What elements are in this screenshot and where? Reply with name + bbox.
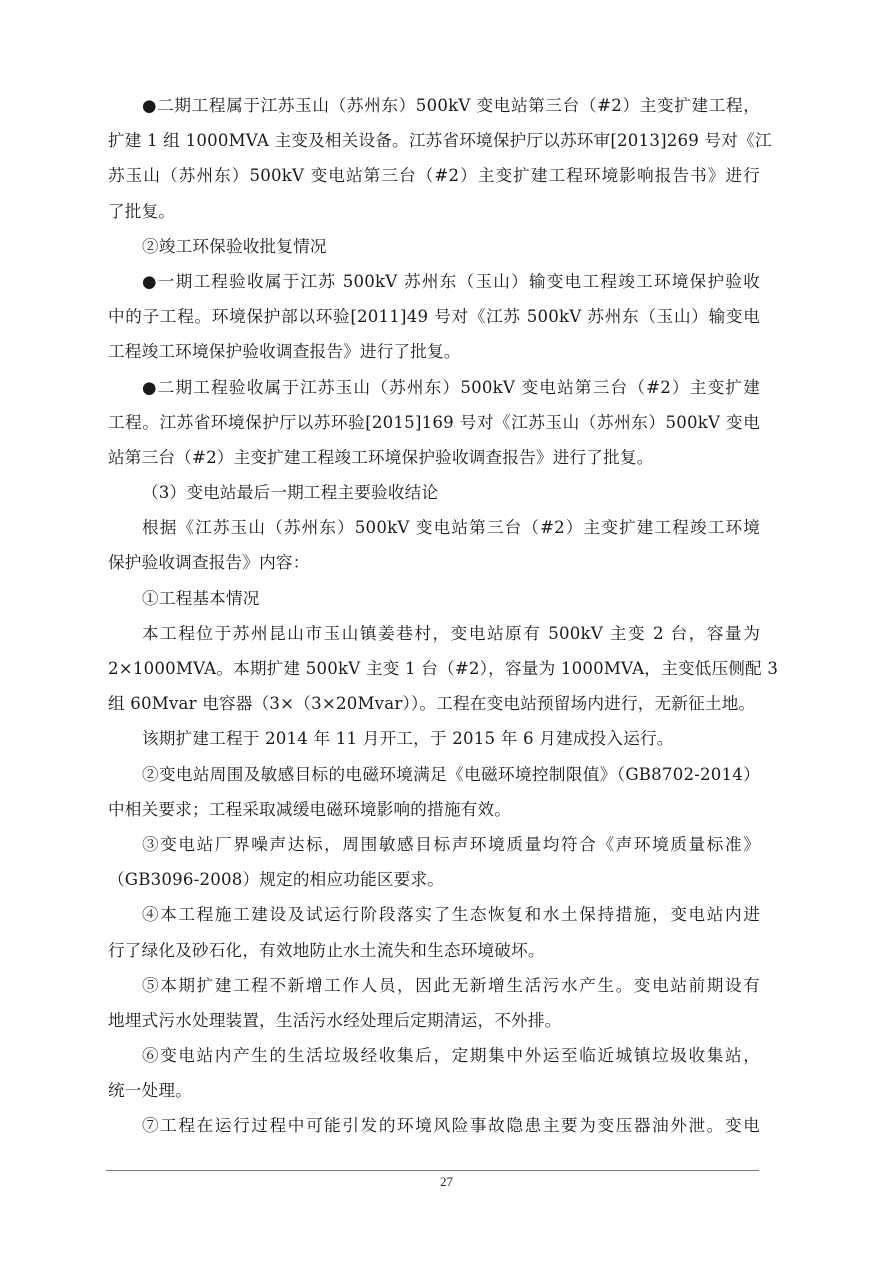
section-heading: ②竣工环保验收批复情况 xyxy=(108,229,760,264)
text-line: 组 60Mvar 电容器（3×（3×20Mvar））。工程在变电站预留场内进行，… xyxy=(108,686,760,721)
text-line: 该期扩建工程于 2014 年 11 月开工，于 2015 年 6 月建成投入运行… xyxy=(108,721,760,756)
section-heading: （3）变电站最后一期工程主要验收结论 xyxy=(108,475,760,510)
text-line: 根据《江苏玉山（苏州东）500kV 变电站第三台（#2）主变扩建工程竣工环境 xyxy=(108,510,760,545)
text-line: ③变电站厂界噪声达标，周围敏感目标声环境质量均符合《声环境质量标准》 xyxy=(108,827,760,862)
text-line: ●二期工程验收属于江苏玉山（苏州东）500kV 变电站第三台（#2）主变扩建 xyxy=(108,370,760,405)
text-line: ②变电站周围及敏感目标的电磁环境满足《电磁环境控制限值》（GB8702-2014… xyxy=(108,757,760,792)
text-line: ⑥变电站内产生的生活垃圾经收集后，定期集中外运至临近城镇垃圾收集站， xyxy=(108,1038,760,1073)
text-line: 中相关要求；工程采取减缓电磁环境影响的措施有效。 xyxy=(108,792,760,827)
text-line: 工程竣工环境保护验收调查报告》进行了批复。 xyxy=(108,334,760,369)
text-line: 了批复。 xyxy=(108,194,760,229)
text-line: 统一处理。 xyxy=(108,1073,760,1108)
text-line: 工程。江苏省环境保护厅以苏环验[2015]169 号对《江苏玉山（苏州东）500… xyxy=(108,405,760,440)
text-line: ●一期工程验收属于江苏 500kV 苏州东（玉山）输变电工程竣工环境保护验收 xyxy=(108,264,760,299)
document-body: ●二期工程属于江苏玉山（苏州东）500kV 变电站第三台（#2）主变扩建工程， … xyxy=(108,88,760,1144)
section-heading: ①工程基本情况 xyxy=(108,581,760,616)
page-number: 27 xyxy=(0,1174,893,1190)
text-line: 本工程位于苏州昆山市玉山镇姜巷村，变电站原有 500kV 主变 2 台，容量为 xyxy=(108,616,760,651)
text-line: 2×1000MVA。本期扩建 500kV 主变 1 台（#2），容量为 1000… xyxy=(108,651,760,686)
text-line: ●二期工程属于江苏玉山（苏州东）500kV 变电站第三台（#2）主变扩建工程， xyxy=(108,88,760,123)
text-line: 中的子工程。环境保护部以环验[2011]49 号对《江苏 500kV 苏州东（玉… xyxy=(108,299,760,334)
footer-divider xyxy=(106,1170,759,1171)
text-line: 扩建 1 组 1000MVA 主变及相关设备。江苏省环境保护厅以苏环审[2013… xyxy=(108,123,760,158)
text-line: （GB3096-2008）规定的相应功能区要求。 xyxy=(108,862,760,897)
text-line: ④本工程施工建设及试运行阶段落实了生态恢复和水土保持措施，变电站内进 xyxy=(108,897,760,932)
text-line: ⑤本期扩建工程不新增工作人员，因此无新增生活污水产生。变电站前期设有 xyxy=(108,968,760,1003)
text-line: 行了绿化及砂石化，有效地防止水土流失和生态环境破坏。 xyxy=(108,933,760,968)
text-line: 保护验收调查报告》内容： xyxy=(108,545,760,580)
text-line: 苏玉山（苏州东）500kV 变电站第三台（#2）主变扩建工程环境影响报告书》进行 xyxy=(108,158,760,193)
text-line: ⑦工程在运行过程中可能引发的环境风险事故隐患主要为变压器油外泄。变电 xyxy=(108,1108,760,1143)
text-line: 站第三台（#2）主变扩建工程竣工环境保护验收调查报告》进行了批复。 xyxy=(108,440,760,475)
text-line: 地埋式污水处理装置，生活污水经处理后定期清运，不外排。 xyxy=(108,1003,760,1038)
